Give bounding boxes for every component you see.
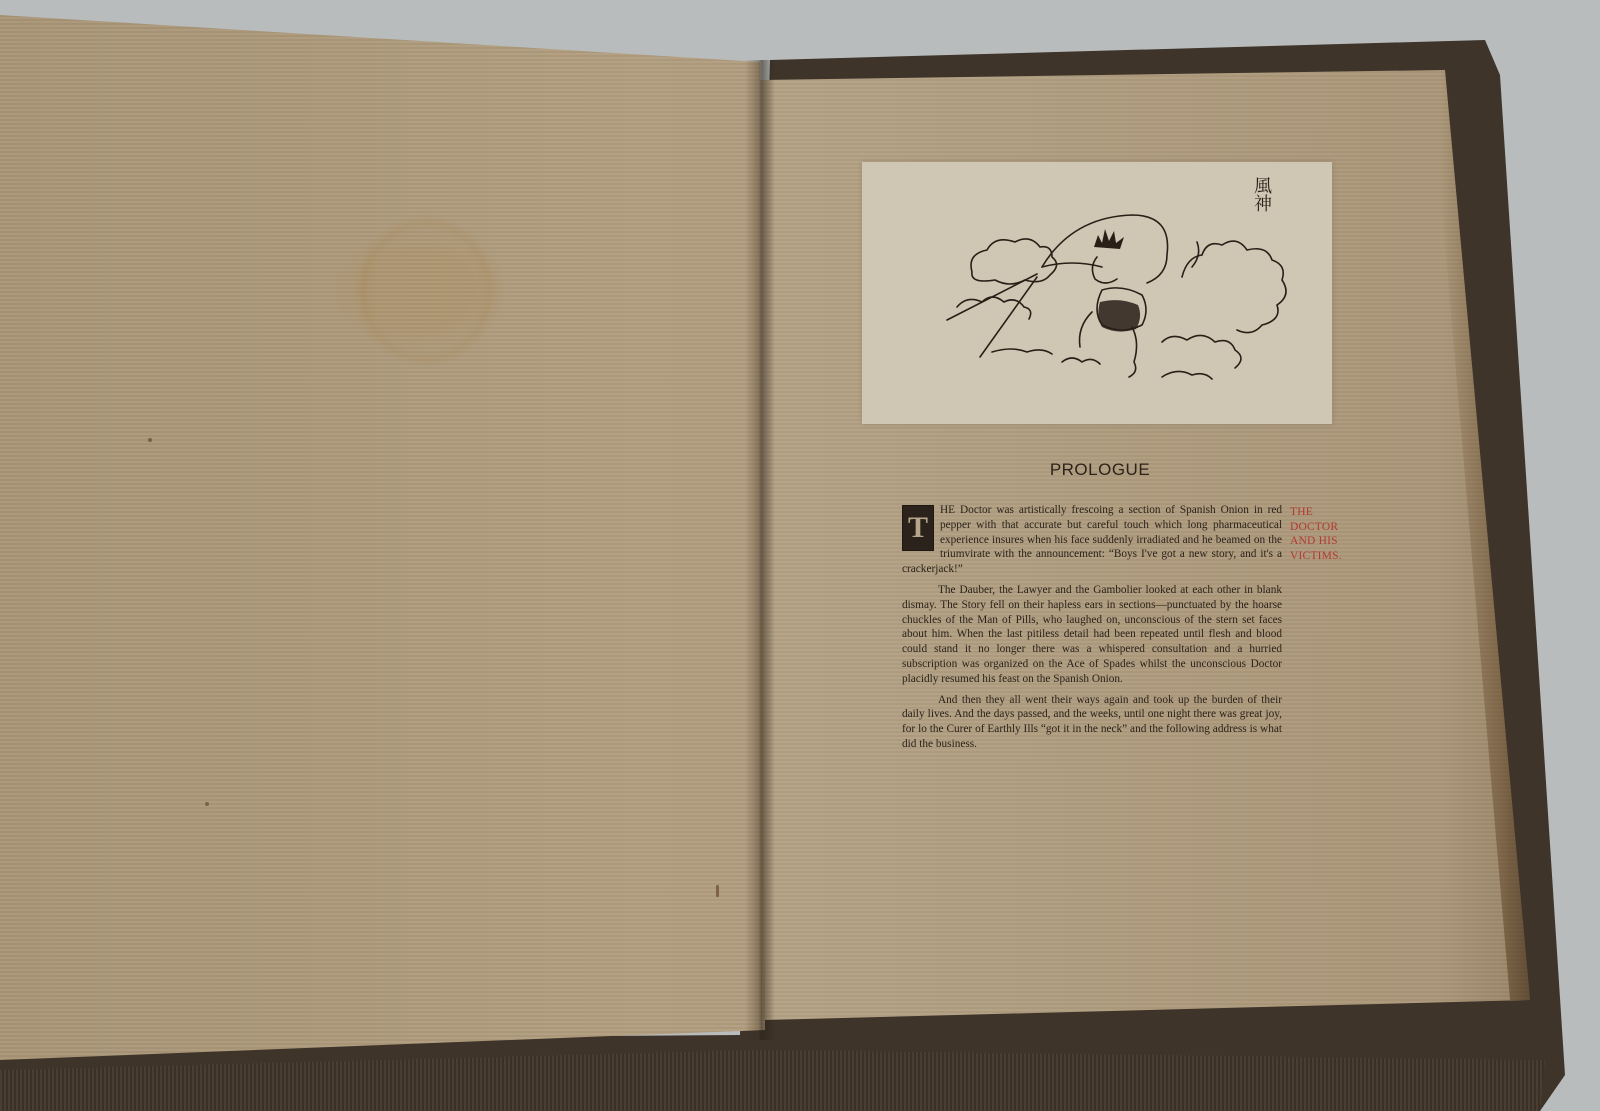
foxing-spot xyxy=(148,438,152,442)
prologue-text: THE Doctor was artistically frescoing a … xyxy=(902,503,1282,758)
paragraph-1: THE Doctor was artistically frescoing a … xyxy=(902,503,1282,577)
open-book-photo: 風神 PROLOGUE THE Doctor was artistically … xyxy=(0,0,1600,1111)
drop-cap-letter: T xyxy=(903,510,933,546)
paragraph-3: And then they all went their ways again … xyxy=(902,693,1282,752)
offset-stain xyxy=(360,220,492,362)
margin-sidenote: THE DOCTOR AND HIS VICTIMS. xyxy=(1290,505,1360,563)
foxing-mark xyxy=(716,885,719,897)
ornamental-drop-cap: T xyxy=(902,505,934,551)
page-title: PROLOGUE xyxy=(1000,460,1200,480)
book-gutter xyxy=(745,60,775,1040)
paragraph-1-text: HE Doctor was artistically frescoing a s… xyxy=(902,504,1282,575)
illustration-caption: 風神 xyxy=(1250,176,1272,212)
paragraph-2: The Dauber, the Lawyer and the Gambolier… xyxy=(902,583,1282,687)
foxing-spot xyxy=(205,802,209,806)
illustration-plate: 風神 xyxy=(862,162,1332,424)
